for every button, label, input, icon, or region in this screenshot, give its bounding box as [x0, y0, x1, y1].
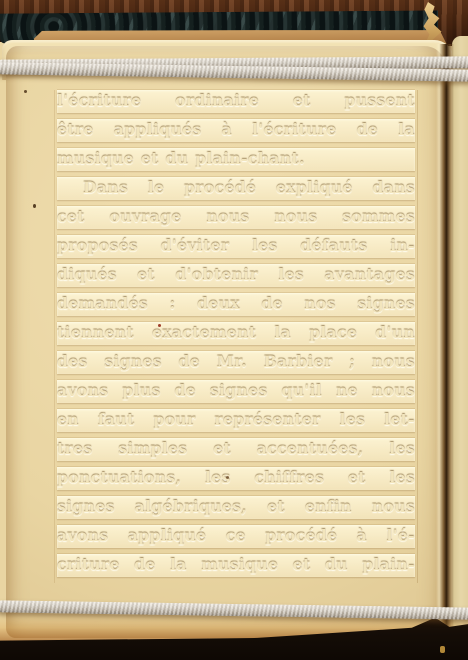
embossed-line: avons appliqué ce procédé à l'é- [57, 525, 415, 548]
embossed-line: avons plus de signes qu'il ne nous [57, 380, 415, 403]
embossed-line: musique et du plain-chant. [57, 148, 415, 171]
embossed-line: criture de la musique et du plain- [57, 554, 415, 577]
embossed-line: l'écriture ordinaire et pussent [57, 90, 415, 113]
photo-embossed-book-page: l'écriture ordinaire et pussentêtre appl… [0, 0, 468, 660]
embossed-line: être appliqués à l'écriture de la [57, 119, 415, 142]
binding-thread-bit [440, 646, 445, 653]
embossed-line: proposés d'éviter les défauts in- [57, 235, 415, 258]
embossed-line: diqués et d'obtenir les avantages [57, 264, 415, 287]
embossed-text-block: l'écriture ordinaire et pussentêtre appl… [54, 90, 418, 583]
paper-speck [226, 476, 229, 479]
paper-speck [33, 204, 36, 208]
book-page: l'écriture ordinaire et pussentêtre appl… [6, 46, 446, 638]
embossed-line: tiennent exactement la place d'un [57, 322, 415, 345]
paper-speck [24, 90, 27, 93]
embossed-line: Dans le procédé expliqué dans [57, 177, 415, 200]
embossed-line: tres simples et accentuées, les [57, 438, 415, 461]
book-gutter-shadow [436, 44, 454, 640]
embossed-line: des signes de Mr. Barbier ; nous [57, 351, 415, 374]
facing-page-edge [452, 36, 468, 638]
embossed-line: en faut pour représenter les let- [57, 409, 415, 432]
paper-speck [158, 324, 161, 327]
embossed-line: ponctuations, les chiffres et les [57, 467, 415, 490]
embossed-line: demandés : deux de nos signes [57, 293, 415, 316]
embossed-line: signes algébriques, et enfin nous [57, 496, 415, 519]
embossed-line: cet ouvrage nous nous sommes [57, 206, 415, 229]
